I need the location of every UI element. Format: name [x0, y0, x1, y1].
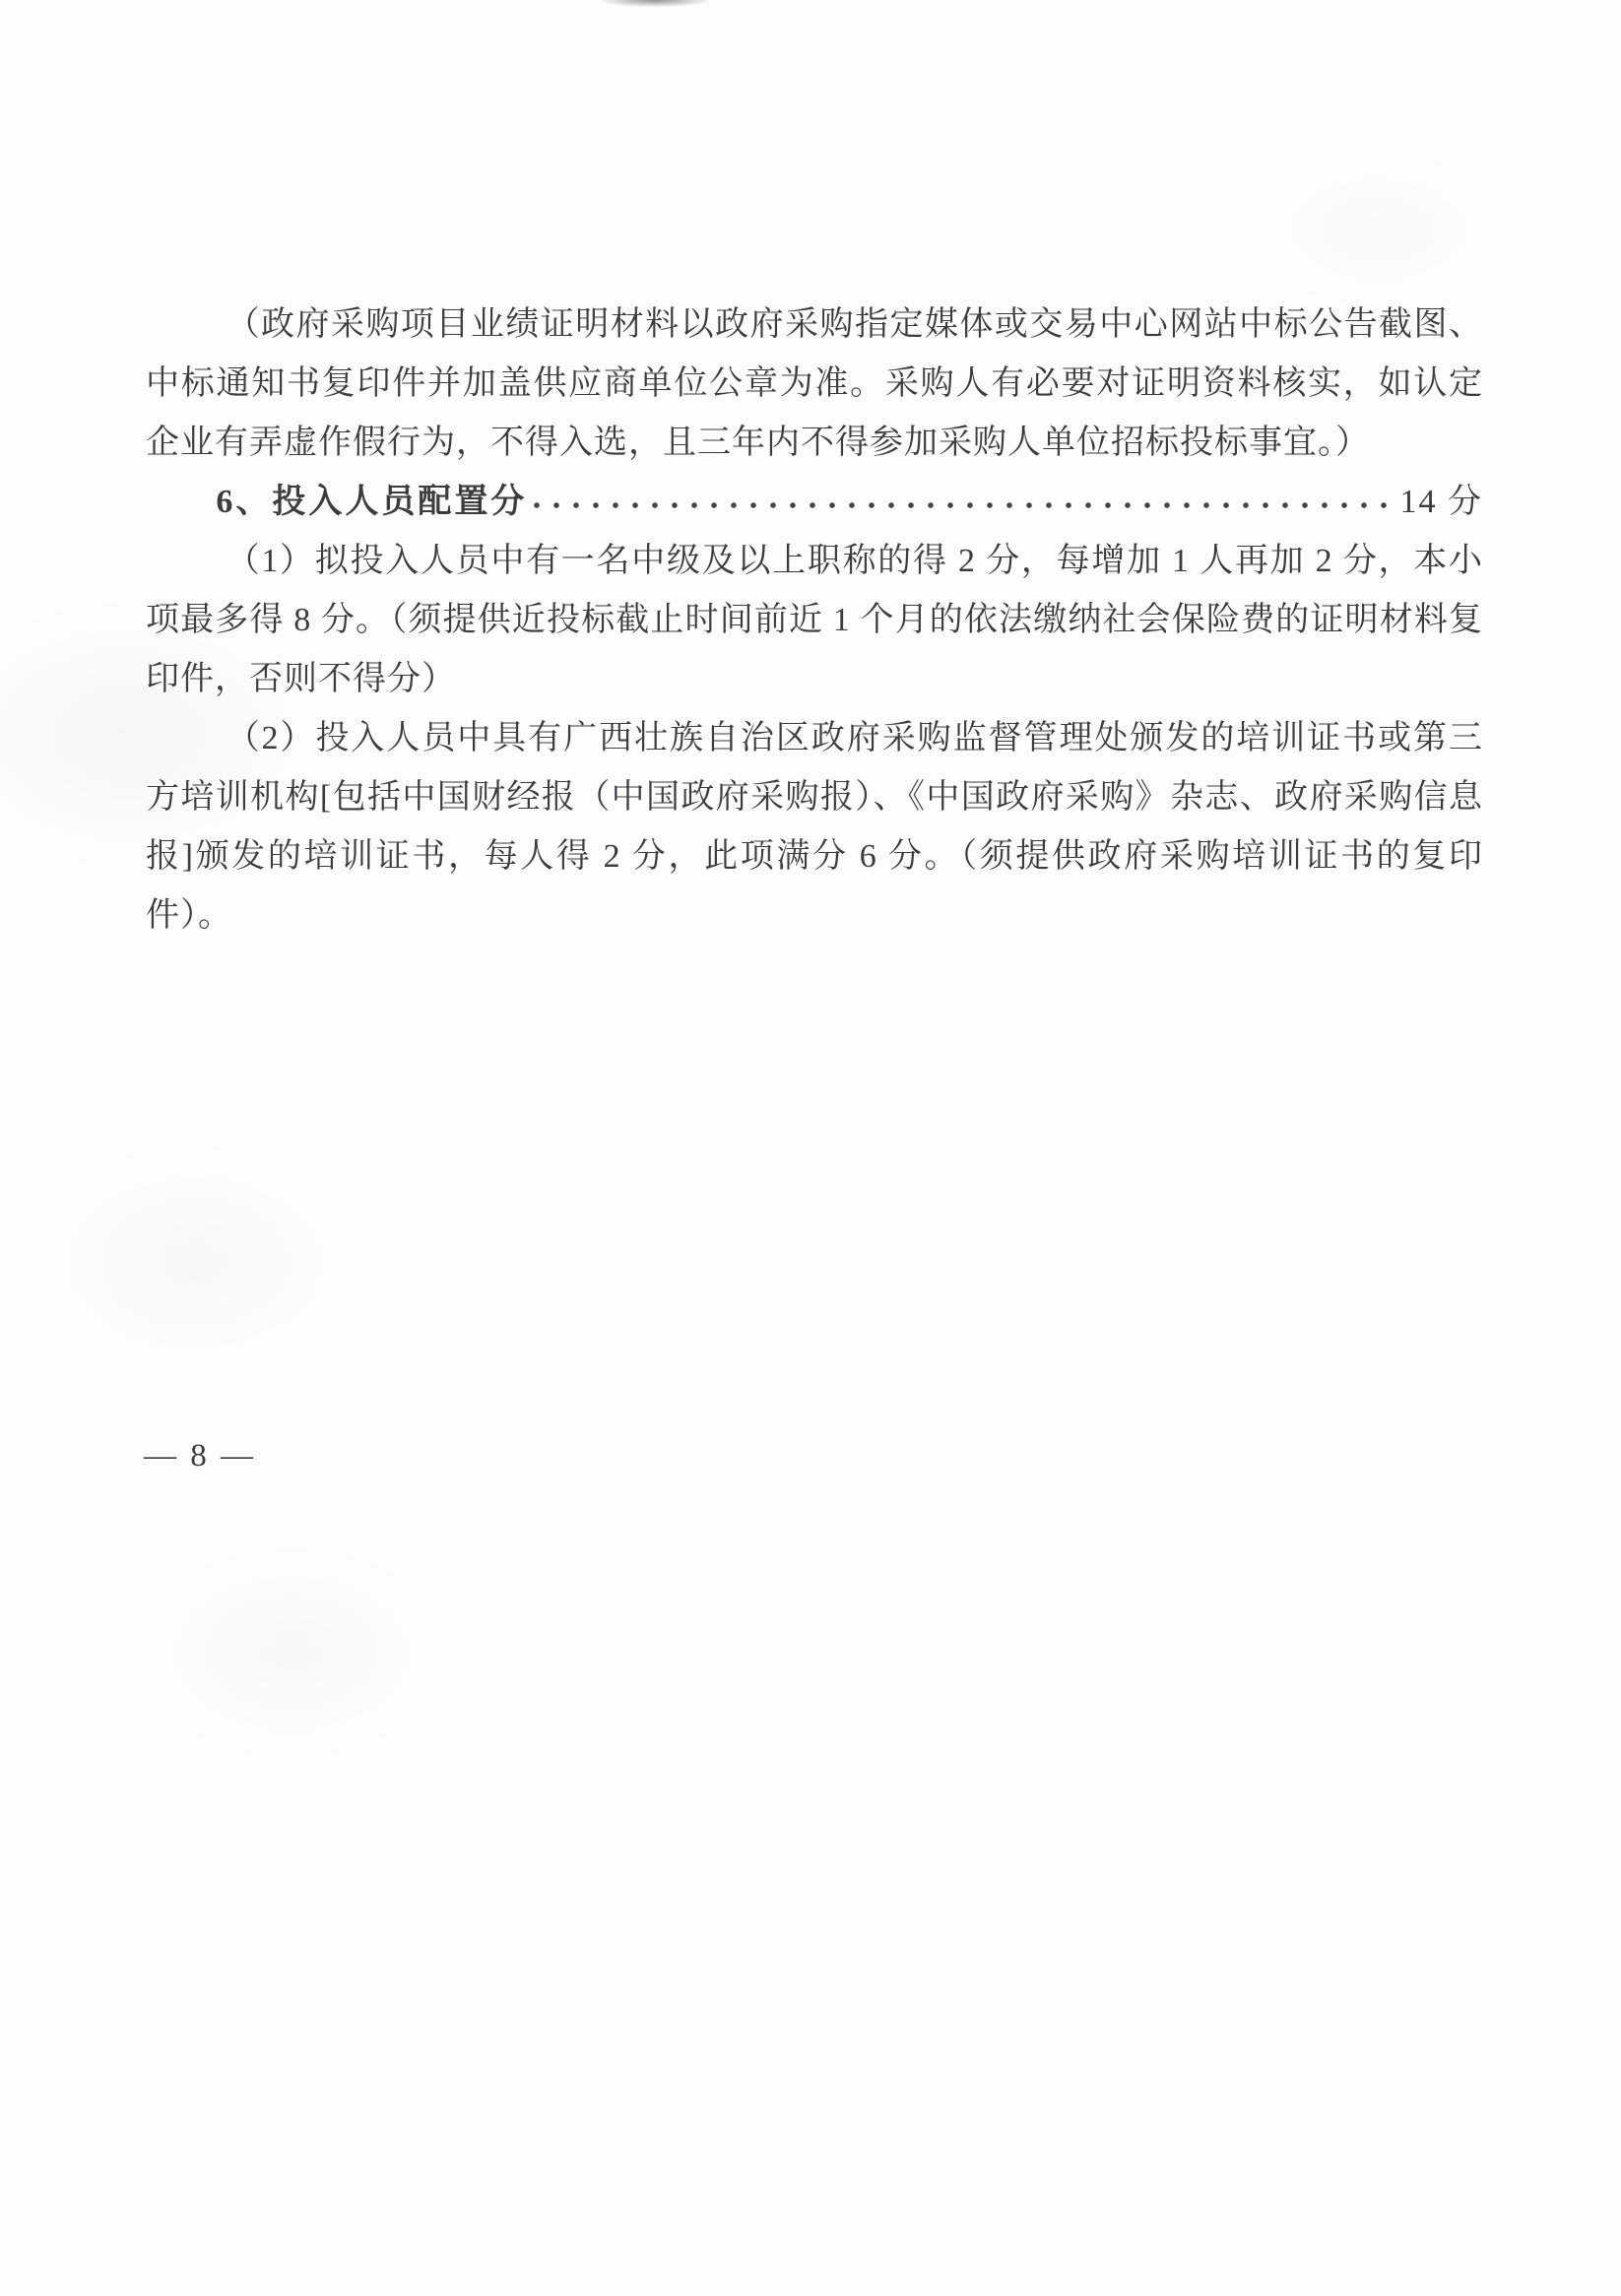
- section-heading-label: 6、投入人员配置分: [216, 473, 527, 532]
- section-heading-score: 14 分: [1400, 473, 1484, 532]
- item-paragraph-1: （1）拟投入人员中有一名中级及以上职称的得 2 分，每增加 1 人再加 2 分，…: [146, 532, 1483, 709]
- document-page: （政府采购项目业绩证明材料以政府采购指定媒体或交易中心网站中标公告截图、中标通知…: [0, 0, 1621, 2296]
- document-body: （政府采购项目业绩证明材料以政府采购指定媒体或交易中心网站中标公告截图、中标通知…: [146, 295, 1483, 946]
- item-paragraph-2: （2）投入人员中具有广西壮族自治区政府采购监督管理处颁发的培训证书或第三方培训机…: [146, 709, 1483, 946]
- note-paragraph: （政府采购项目业绩证明材料以政府采购指定媒体或交易中心网站中标公告截图、中标通知…: [146, 295, 1483, 473]
- page-number: — 8 —: [144, 1438, 256, 1475]
- scan-artifact: [601, 0, 709, 7]
- dot-leader: [533, 501, 1397, 509]
- section-heading-row: 6、投入人员配置分 14 分: [146, 473, 1483, 532]
